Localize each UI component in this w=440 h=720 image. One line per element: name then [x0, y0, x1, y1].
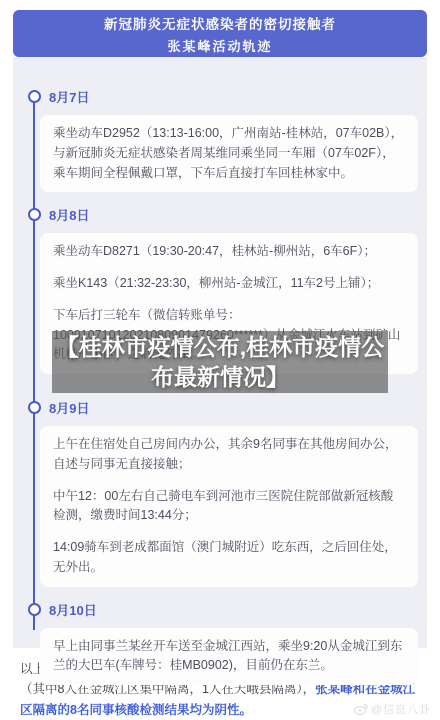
timeline-date: 8月7日	[49, 87, 89, 106]
header-banner: 新冠肺炎无症状感染者的密切接触者 张某峰活动轨迹	[13, 10, 427, 57]
timeline-paragraph: 乘坐动车D2952（13:13-16:00，广州南站-桂林站，07车02B），与…	[53, 124, 405, 183]
timeline-card: 上午在住宿处自己房间内办公，其余9名同事在其他房间办公，自述与同事无直接接触；中…	[40, 426, 418, 587]
timeline-paragraph: 乘坐动车D8271（19:30-20:47，桂林站-柳州站，6车6F）；	[53, 242, 405, 262]
timeline-paragraph: 早上由同事兰某丝开车送至金城江西站，乘坐9:20从金城江到东兰的大巴车(车牌号：…	[53, 637, 405, 677]
timeline-paragraph: 上午在住宿处自己房间内办公，其余9名同事在其他房间办公，自述与同事无直接接触；	[53, 435, 405, 475]
weibo-watermark: @信息八卦	[354, 701, 431, 717]
timeline-date: 8月9日	[49, 398, 89, 417]
timeline-axis-line	[33, 97, 35, 630]
header-title-line2: 张某峰活动轨迹	[167, 36, 272, 55]
title-watermark: 【桂林市疫情公布,桂林市疫情公 布最新情况】	[52, 331, 388, 393]
timeline-paragraph: 14:09骑车到老成都面馆（澳门城附近）吃东西，之后回住处，无外出。	[53, 538, 405, 578]
timeline-entry-head: 8月9日	[26, 398, 418, 417]
timeline-entry-head: 8月7日	[26, 87, 418, 106]
timeline-dot-icon	[28, 401, 41, 414]
timeline-card: 早上由同事兰某丝开车送至金城江西站，乘坐9:20从金城江到东兰的大巴车(车牌号：…	[40, 628, 418, 686]
weibo-watermark-text: @信息八卦	[371, 701, 431, 717]
timeline-dot-icon	[28, 90, 41, 103]
epidemic-notice-page: 新冠肺炎无症状感染者的密切接触者 张某峰活动轨迹 8月7日 乘坐动车D2952（…	[0, 0, 440, 720]
timeline-entry-head: 8月10日	[26, 600, 418, 619]
timeline-paragraph: 乘坐K143（21:32-23:30，柳州站-金城江，11车2号上铺）；	[53, 274, 405, 294]
timeline-dot-icon	[28, 603, 41, 616]
timeline-paragraph: 中午12：00左右自己骑电车到河池市三医院住院部做新冠核酸检测，缴费时间13:4…	[53, 487, 405, 527]
header-title-line1: 新冠肺炎无症状感染者的密切接触者	[104, 13, 336, 33]
weibo-logo-icon	[354, 703, 368, 715]
title-watermark-line2: 布最新情况】	[52, 362, 388, 392]
timeline-entry: 8月9日 上午在住宿处自己房间内办公，其余9名同事在其他房间办公，自述与同事无直…	[26, 398, 418, 587]
timeline-entry-head: 8月8日	[26, 205, 418, 224]
timeline-dot-icon	[28, 208, 41, 221]
timeline-entry: 8月7日 乘坐动车D2952（13:13-16:00，广州南站-桂林站，07车0…	[26, 87, 418, 192]
timeline-date: 8月8日	[49, 205, 89, 224]
timeline-date: 8月10日	[49, 600, 97, 619]
title-watermark-line1: 【桂林市疫情公布,桂林市疫情公	[52, 332, 388, 362]
timeline-entry: 8月10日 早上由同事兰某丝开车送至金城江西站，乘坐9:20从金城江到东兰的大巴…	[26, 600, 418, 686]
timeline-card: 乘坐动车D2952（13:13-16:00，广州南站-桂林站，07车02B），与…	[40, 115, 418, 192]
